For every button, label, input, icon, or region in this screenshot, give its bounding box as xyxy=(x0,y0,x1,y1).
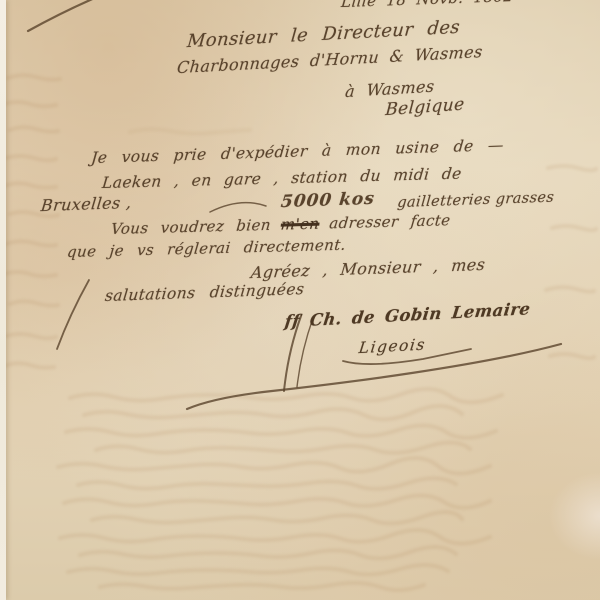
body-line-4-post: adresser facte xyxy=(329,211,452,232)
signature-secondary: Ligeois xyxy=(358,335,427,357)
scan-edge xyxy=(0,0,6,600)
body-line-3-place: Bruxelles , xyxy=(40,193,133,215)
body-line-4-struck-word: m'en xyxy=(280,215,320,234)
letter-scan: Lille 18 Novb. 1862 Monsieur le Directeu… xyxy=(0,0,600,600)
body-line-3-quantity: 5000 kos xyxy=(280,189,376,212)
